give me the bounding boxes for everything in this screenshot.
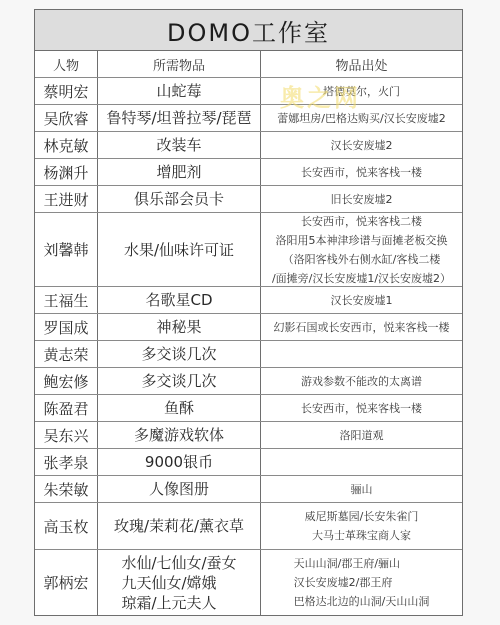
person-cell: 朱荣敏 [35, 476, 98, 502]
person-cell: 郭柄宏 [35, 550, 98, 615]
table-row: 刘馨韩水果/仙味许可证长安西市，悦来客栈二楼洛阳用5本神津珍谱与面摊老板交换（洛… [35, 213, 462, 287]
item-source-cell [261, 449, 462, 475]
required-item-cell-line: 鱼酥 [164, 398, 194, 418]
required-item-cell-line: 名歌星CD [145, 290, 212, 310]
item-source-cell: 天山山洞/郡王府/骊山汉长安废墟2/郡王府巴格达北边的山洞/天山山洞 [261, 550, 462, 615]
item-source-cell-line: 塔德莫尔，火门 [323, 82, 400, 101]
item-source-cell-line: 洛阳用5本神津珍谱与面摊老板交换 [272, 231, 451, 250]
item-source-cell-line: /面摊旁/汉长安废墟1/汉长安废墟2） [272, 269, 451, 288]
item-source-cell-line: 蕾娜坦房/巴格达购买/汉长安废墟2 [277, 109, 445, 128]
item-source-cell: 塔德莫尔，火门 [261, 78, 462, 104]
item-source-cell-line: 骊山 [351, 480, 373, 499]
item-source-cell-line: 长安西市，悦来客栈一楼 [301, 163, 422, 182]
item-source-table: DOMO工作室 人物 所需物品 物品出处 蔡明宏山蛇莓塔德莫尔，火门吴欣睿鲁特琴… [34, 9, 463, 616]
required-item-cell-line: 多交谈几次 [141, 371, 216, 391]
item-source-cell-line: 游戏参数不能改的太离谱 [301, 372, 422, 391]
required-item-cell-line: 山蛇莓 [156, 81, 201, 101]
required-item-cell-line: 神秘果 [156, 317, 201, 337]
required-item-cell: 改装车 [98, 132, 261, 158]
required-item-cell-line: 鲁特琴/坦普拉琴/琵琶 [106, 108, 251, 128]
item-source-cell: 长安西市，悦来客栈一楼 [261, 159, 462, 185]
item-source-cell-line: 汉长安废墟2/郡王府 [294, 573, 393, 592]
item-source-cell-line: 天山山洞/郡王府/骊山 [294, 554, 400, 573]
required-item-cell: 山蛇莓 [98, 78, 261, 104]
item-source-cell: 旧长安废墟2 [261, 186, 462, 212]
required-item-cell-line: 增肥剂 [156, 162, 201, 182]
item-source-cell: 威尼斯墓园/长安朱雀门大马士革珠宝商人家 [261, 503, 462, 549]
person-cell: 吴东兴 [35, 422, 98, 448]
required-item-cell-line: 9000银币 [145, 452, 213, 472]
column-header-required-item: 所需物品 [98, 51, 261, 77]
table-row: 吴东兴多魔游戏软体洛阳道观 [35, 422, 462, 449]
table-row: 鲍宏修多交谈几次游戏参数不能改的太离谱 [35, 368, 462, 395]
required-item-cell-line: 多魔游戏软体 [134, 425, 224, 445]
item-source-cell: 汉长安废墟2 [261, 132, 462, 158]
item-source-cell-line: 幻影石国或长安西市，悦来客栈一楼 [274, 318, 450, 337]
required-item-cell-line: 玫瑰/茉莉花/薰衣草 [114, 516, 244, 536]
required-item-cell-line: 琼霜/上元夫人 [121, 593, 216, 613]
required-item-cell-line: 俱乐部会员卡 [134, 189, 224, 209]
person-cell: 杨渊升 [35, 159, 98, 185]
item-source-cell-line: 巴格达北边的山洞/天山山洞 [294, 592, 430, 611]
person-cell: 王进财 [35, 186, 98, 212]
table-row: 罗国成神秘果幻影石国或长安西市，悦来客栈一楼 [35, 314, 462, 341]
table-title: DOMO工作室 [35, 10, 462, 51]
required-item-cell: 俱乐部会员卡 [98, 186, 261, 212]
item-source-cell: 长安西市，悦来客栈二楼洛阳用5本神津珍谱与面摊老板交换（洛阳客栈外右侧水缸/客栈… [261, 213, 462, 286]
item-source-cell-line: 威尼斯墓园/长安朱雀门 [305, 507, 419, 526]
required-item-cell-line: 多交谈几次 [141, 344, 216, 364]
table-row: 黄志荣多交谈几次 [35, 341, 462, 368]
table-row: 王福生名歌星CD汉长安废墟1 [35, 287, 462, 314]
table-row: 张孝泉9000银币 [35, 449, 462, 476]
item-source-cell: 蕾娜坦房/巴格达购买/汉长安废墟2 [261, 105, 462, 131]
table-row: 高玉枚玫瑰/茉莉花/薰衣草威尼斯墓园/长安朱雀门大马士革珠宝商人家 [35, 503, 462, 550]
person-cell: 鲍宏修 [35, 368, 98, 394]
person-cell: 吴欣睿 [35, 105, 98, 131]
column-header-person: 人物 [35, 51, 98, 77]
required-item-cell: 多交谈几次 [98, 341, 261, 367]
person-cell: 刘馨韩 [35, 213, 98, 286]
required-item-cell: 水仙/七仙女/蚕女九天仙女/嫦娥琼霜/上元夫人 [98, 550, 261, 615]
item-source-cell-line: 洛阳道观 [340, 426, 384, 445]
required-item-cell: 多交谈几次 [98, 368, 261, 394]
item-source-cell-line: 长安西市，悦来客栈一楼 [301, 399, 422, 418]
item-source-cell-line: 汉长安废墟2 [331, 136, 393, 155]
required-item-cell: 9000银币 [98, 449, 261, 475]
item-source-cell: 汉长安废墟1 [261, 287, 462, 313]
required-item-cell-line: 改装车 [156, 135, 201, 155]
required-item-cell: 水果/仙味许可证 [98, 213, 261, 286]
required-item-cell: 人像图册 [98, 476, 261, 502]
required-item-cell: 增肥剂 [98, 159, 261, 185]
item-source-cell-line: 旧长安废墟2 [331, 190, 393, 209]
required-item-cell-line: 水果/仙味许可证 [124, 240, 234, 260]
person-cell: 张孝泉 [35, 449, 98, 475]
person-cell: 高玉枚 [35, 503, 98, 549]
item-source-cell-line: 汉长安废墟1 [331, 291, 393, 310]
table-row: 吴欣睿鲁特琴/坦普拉琴/琵琶蕾娜坦房/巴格达购买/汉长安废墟2 [35, 105, 462, 132]
table-row: 朱荣敏人像图册骊山 [35, 476, 462, 503]
item-source-cell: 洛阳道观 [261, 422, 462, 448]
required-item-cell: 多魔游戏软体 [98, 422, 261, 448]
required-item-cell-line: 人像图册 [149, 479, 209, 499]
required-item-cell: 神秘果 [98, 314, 261, 340]
required-item-cell: 名歌星CD [98, 287, 261, 313]
table-header-row: 人物 所需物品 物品出处 [35, 51, 462, 78]
person-cell: 王福生 [35, 287, 98, 313]
person-cell: 林克敏 [35, 132, 98, 158]
table-row: 林克敏改装车汉长安废墟2 [35, 132, 462, 159]
required-item-cell-line: 九天仙女/嫦娥 [121, 573, 216, 593]
required-item-cell: 玫瑰/茉莉花/薰衣草 [98, 503, 261, 549]
person-cell: 蔡明宏 [35, 78, 98, 104]
table-body: 蔡明宏山蛇莓塔德莫尔，火门吴欣睿鲁特琴/坦普拉琴/琵琶蕾娜坦房/巴格达购买/汉长… [35, 78, 462, 615]
item-source-cell [261, 341, 462, 367]
table-row: 蔡明宏山蛇莓塔德莫尔，火门 [35, 78, 462, 105]
item-source-cell-line: 长安西市，悦来客栈二楼 [272, 212, 451, 231]
person-cell: 陈盈君 [35, 395, 98, 421]
item-source-cell: 幻影石国或长安西市，悦来客栈一楼 [261, 314, 462, 340]
item-source-cell: 骊山 [261, 476, 462, 502]
item-source-cell-line: 大马士革珠宝商人家 [305, 526, 419, 545]
required-item-cell: 鲁特琴/坦普拉琴/琵琶 [98, 105, 261, 131]
table-row: 王进财俱乐部会员卡旧长安废墟2 [35, 186, 462, 213]
person-cell: 黄志荣 [35, 341, 98, 367]
item-source-cell: 长安西市，悦来客栈一楼 [261, 395, 462, 421]
item-source-cell: 游戏参数不能改的太离谱 [261, 368, 462, 394]
column-header-item-source: 物品出处 [261, 51, 462, 77]
table-row: 郭柄宏水仙/七仙女/蚕女九天仙女/嫦娥琼霜/上元夫人天山山洞/郡王府/骊山汉长安… [35, 550, 462, 615]
required-item-cell-line: 水仙/七仙女/蚕女 [121, 553, 236, 573]
required-item-cell: 鱼酥 [98, 395, 261, 421]
person-cell: 罗国成 [35, 314, 98, 340]
table-row: 陈盈君鱼酥长安西市，悦来客栈一楼 [35, 395, 462, 422]
table-row: 杨渊升增肥剂长安西市，悦来客栈一楼 [35, 159, 462, 186]
item-source-cell-line: （洛阳客栈外右侧水缸/客栈二楼 [272, 250, 451, 269]
